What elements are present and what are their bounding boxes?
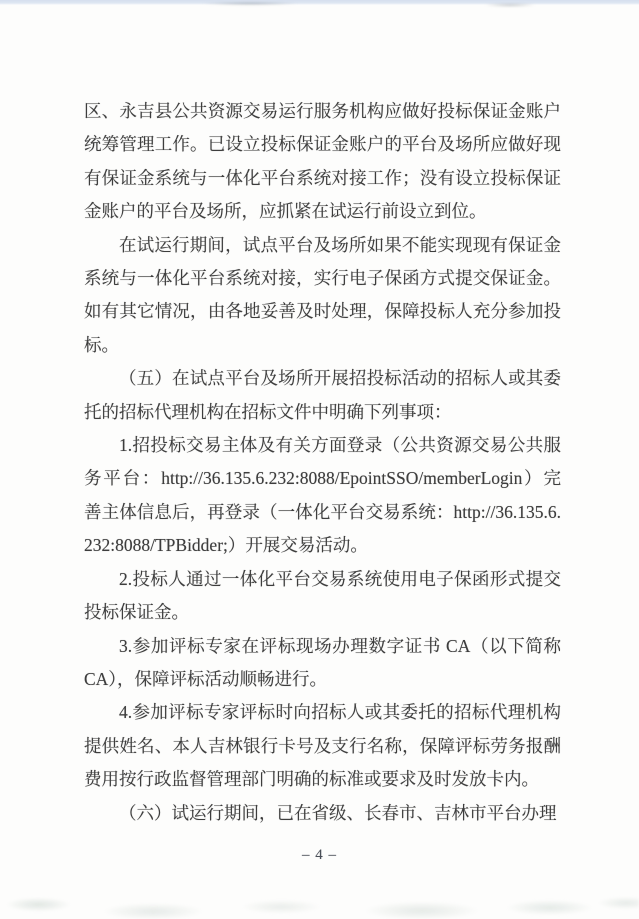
scanned-document-page: 区、永吉县公共资源交易运行服务机构应做好投标保证金账户统筹管理工作。已设立投标保… — [0, 0, 639, 919]
scan-smudge-artifact — [185, 1, 315, 6]
paragraph-subitem-4: 4.参加评标专家评标时向招标人或其委托的招标代理机构提供姓名、本人吉林银行卡号及… — [84, 696, 561, 796]
scan-texture-artifact — [0, 881, 639, 919]
paragraph-subitem-1: 1.招投标交易主体及有关方面登录（公共资源交易公共服务平台：http://36.… — [84, 429, 561, 563]
page-number: – 4 – — [302, 847, 337, 863]
document-body: 区、永吉县公共资源交易运行服务机构应做好投标保证金账户统筹管理工作。已设立投标保… — [84, 95, 561, 830]
paragraph: 在试运行期间，试点平台及场所如果不能实现现有保证金系统与一体化平台系统对接，实行… — [84, 229, 561, 363]
paragraph-subitem-3: 3.参加评标专家在评标现场办理数字证书 CA（以下简称 CA），保障评标活动顺畅… — [84, 630, 561, 697]
paragraph-continued: 区、永吉县公共资源交易运行服务机构应做好投标保证金账户统筹管理工作。已设立投标保… — [84, 95, 561, 229]
paragraph-subitem-2: 2.投标人通过一体化平台交易系统使用电子保函形式提交投标保证金。 — [84, 563, 561, 630]
paragraph-item-5: （五）在试点平台及场所开展招投标活动的招标人或其委托的招标代理机构在招标文件中明… — [84, 362, 561, 429]
paragraph-item-6: （六）试运行期间，已在省级、长春市、吉林市平台办理 — [84, 797, 561, 830]
page-footer: – 4 – — [0, 847, 639, 864]
scan-smudge-artifact — [475, 2, 545, 8]
